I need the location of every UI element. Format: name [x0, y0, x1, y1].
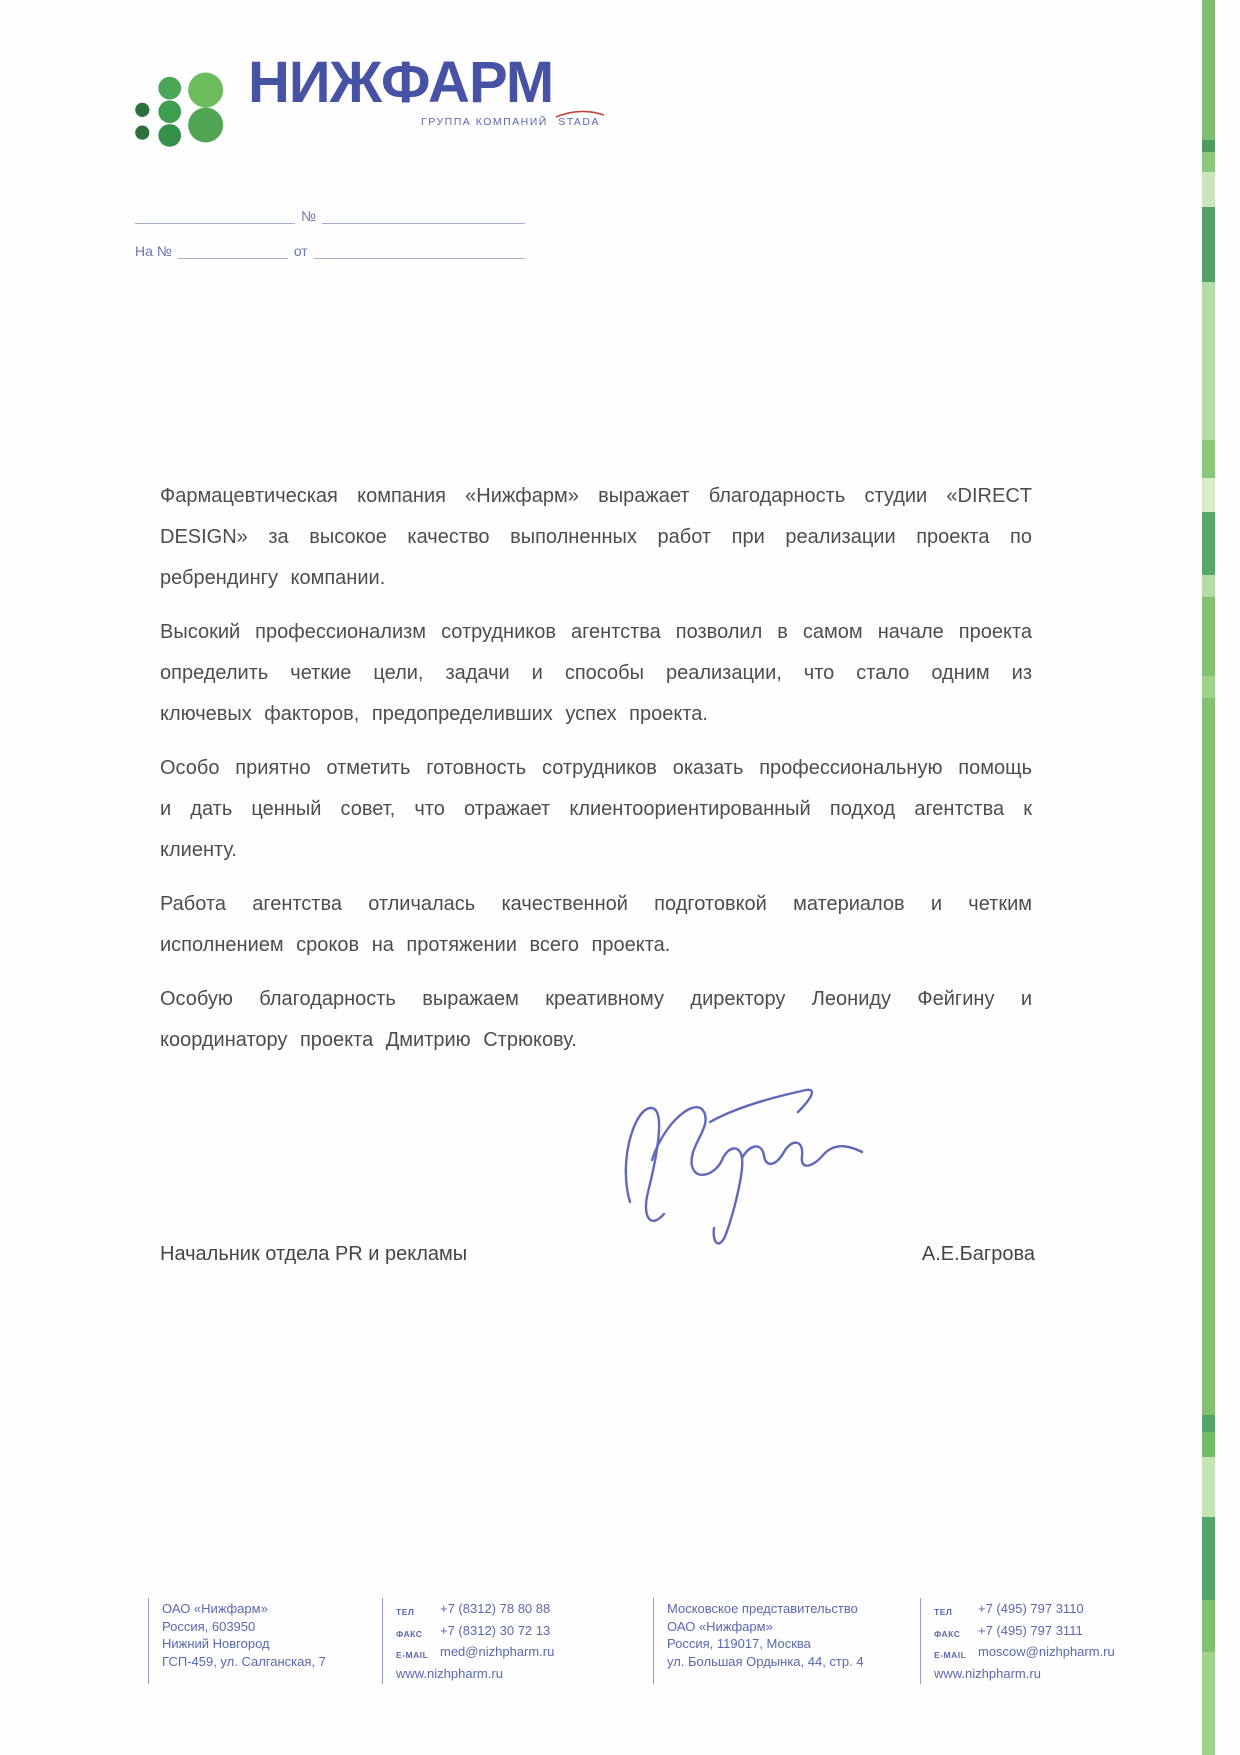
- contact-row-phone: тел +7 (8312) 78 80 88: [396, 1600, 643, 1622]
- nizhpharm-logo-dots-icon: [130, 56, 234, 160]
- signer-name: А.Е.Багрова: [922, 1243, 1035, 1266]
- scan-edge-strip-segment: [1202, 512, 1215, 575]
- letterhead-footer: ОАО «Нижфарм» Россия, 603950 Нижний Новг…: [148, 1598, 1194, 1684]
- contact-row-website: www.nizhpharm.ru: [934, 1665, 1182, 1683]
- footer-line: ГСП-459, ул. Салганская, 7: [162, 1653, 372, 1671]
- phone-label: тел: [396, 1600, 440, 1622]
- footer-contacts-moscow: тел +7 (495) 797 3110 факс +7 (495) 797 …: [920, 1598, 1192, 1684]
- scan-edge-strip-segment: [1202, 478, 1215, 512]
- email-label: e-mail: [396, 1643, 440, 1665]
- email-label: e-mail: [934, 1643, 978, 1665]
- scan-edge-strip: [1202, 0, 1215, 1755]
- contact-row-fax: факс +7 (8312) 30 72 13: [396, 1622, 643, 1644]
- reply-number-blank-line: [178, 240, 288, 259]
- phone-value: +7 (495) 797 3110: [978, 1600, 1084, 1622]
- footer-line: ОАО «Нижфарм»: [162, 1600, 372, 1618]
- fax-value: +7 (8312) 30 72 13: [440, 1622, 550, 1644]
- contact-row-website: www.nizhpharm.ru: [396, 1665, 643, 1683]
- fax-label: факс: [396, 1622, 440, 1644]
- logo-subtitle-brand: STADA: [558, 116, 600, 128]
- scanned-letter-page: НИЖФАРМ ГРУППА КОМПАНИЙ STADA № На № от …: [0, 0, 1240, 1755]
- logo-subtitle-group: ГРУППА КОМПАНИЙ: [421, 116, 548, 128]
- website-value: www.nizhpharm.ru: [396, 1665, 503, 1683]
- paragraph-gratitude: Фармацевтическая компания «Нижфарм» выра…: [160, 476, 1032, 599]
- reference-row-number: №: [135, 200, 525, 224]
- scan-edge-strip-segment: [1202, 172, 1215, 207]
- footer-line: Московское представительство: [667, 1600, 910, 1618]
- paragraph-special-thanks: Особую благодарность выражаем креативном…: [160, 979, 1032, 1061]
- contact-row-email: e-mail moscow@nizhpharm.ru: [934, 1643, 1182, 1665]
- scan-edge-strip-segment: [1202, 282, 1215, 440]
- outgoing-number-blank-line: [135, 205, 295, 224]
- scan-edge-strip-segment: [1202, 698, 1215, 1415]
- footer-line: ул. Большая Ордынка, 44, стр. 4: [667, 1653, 910, 1671]
- scan-edge-strip-segment: [1202, 1432, 1215, 1457]
- footer-line: Нижний Новгород: [162, 1635, 372, 1653]
- logo-wordmark: НИЖФАРМ: [248, 54, 553, 112]
- paragraph-professionalism: Высокий профессионализм сотрудников аген…: [160, 612, 1032, 735]
- reference-block: № На № от: [135, 200, 525, 270]
- email-value: med@nizhpharm.ru: [440, 1643, 554, 1665]
- reference-row-reply: На № от: [135, 235, 525, 259]
- scan-edge-strip-segment: [1202, 1600, 1215, 1652]
- scan-edge-strip-segment: [1202, 597, 1215, 676]
- scan-edge-strip-segment: [1202, 1415, 1215, 1432]
- scan-edge-strip-segment: [1202, 207, 1215, 282]
- fax-value: +7 (495) 797 3111: [978, 1622, 1083, 1644]
- date-label: от: [288, 243, 314, 259]
- scan-edge-strip-segment: [1202, 676, 1215, 698]
- phone-label: тел: [934, 1600, 978, 1622]
- nizhpharm-logo: НИЖФАРМ ГРУППА КОМПАНИЙ STADA: [130, 48, 530, 158]
- letter-body: Фармацевтическая компания «Нижфарм» выра…: [160, 476, 1032, 1074]
- signer-title: Начальник отдела PR и рекламы: [160, 1243, 467, 1266]
- signature-row: Начальник отдела PR и рекламы А.Е.Багров…: [160, 1243, 1035, 1266]
- footer-address-moscow: Московское представительство ОАО «Нижфар…: [653, 1598, 920, 1684]
- scan-edge-strip-segment: [1202, 1517, 1215, 1600]
- number-label: №: [295, 208, 322, 224]
- footer-line: ОАО «Нижфарм»: [667, 1618, 910, 1636]
- scan-edge-strip-segment: [1202, 440, 1215, 478]
- paragraph-client-orientation: Особо приятно отметить готовность сотруд…: [160, 748, 1032, 871]
- stada-arc-icon: [554, 107, 606, 119]
- scan-edge-strip-segment: [1202, 0, 1215, 140]
- contact-row-email: e-mail med@nizhpharm.ru: [396, 1643, 643, 1665]
- contact-row-phone: тел +7 (495) 797 3110: [934, 1600, 1182, 1622]
- fax-label: факс: [934, 1622, 978, 1644]
- scan-edge-strip-segment: [1202, 140, 1215, 152]
- footer-address-nizhny: ОАО «Нижфарм» Россия, 603950 Нижний Новг…: [148, 1598, 382, 1684]
- logo-subtitle: ГРУППА КОМПАНИЙ STADA: [248, 116, 600, 128]
- outgoing-number-value-line: [322, 205, 525, 224]
- phone-value: +7 (8312) 78 80 88: [440, 1600, 550, 1622]
- date-blank-line: [314, 240, 525, 259]
- scan-edge-strip-segment: [1202, 152, 1215, 172]
- contact-row-fax: факс +7 (495) 797 3111: [934, 1622, 1182, 1644]
- email-value: moscow@nizhpharm.ru: [978, 1643, 1115, 1665]
- footer-line: Россия, 603950: [162, 1618, 372, 1636]
- scan-edge-strip-segment: [1202, 1652, 1215, 1755]
- footer-contacts-nizhny: тел +7 (8312) 78 80 88 факс +7 (8312) 30…: [382, 1598, 653, 1684]
- footer-line: Россия, 119017, Москва: [667, 1635, 910, 1653]
- scan-edge-strip-segment: [1202, 575, 1215, 597]
- website-value: www.nizhpharm.ru: [934, 1665, 1041, 1683]
- scan-edge-strip-segment: [1202, 1457, 1215, 1517]
- reply-number-label: На №: [135, 243, 178, 259]
- paragraph-quality: Работа агентства отличалась качественной…: [160, 884, 1032, 966]
- handwritten-signature: [592, 1082, 872, 1257]
